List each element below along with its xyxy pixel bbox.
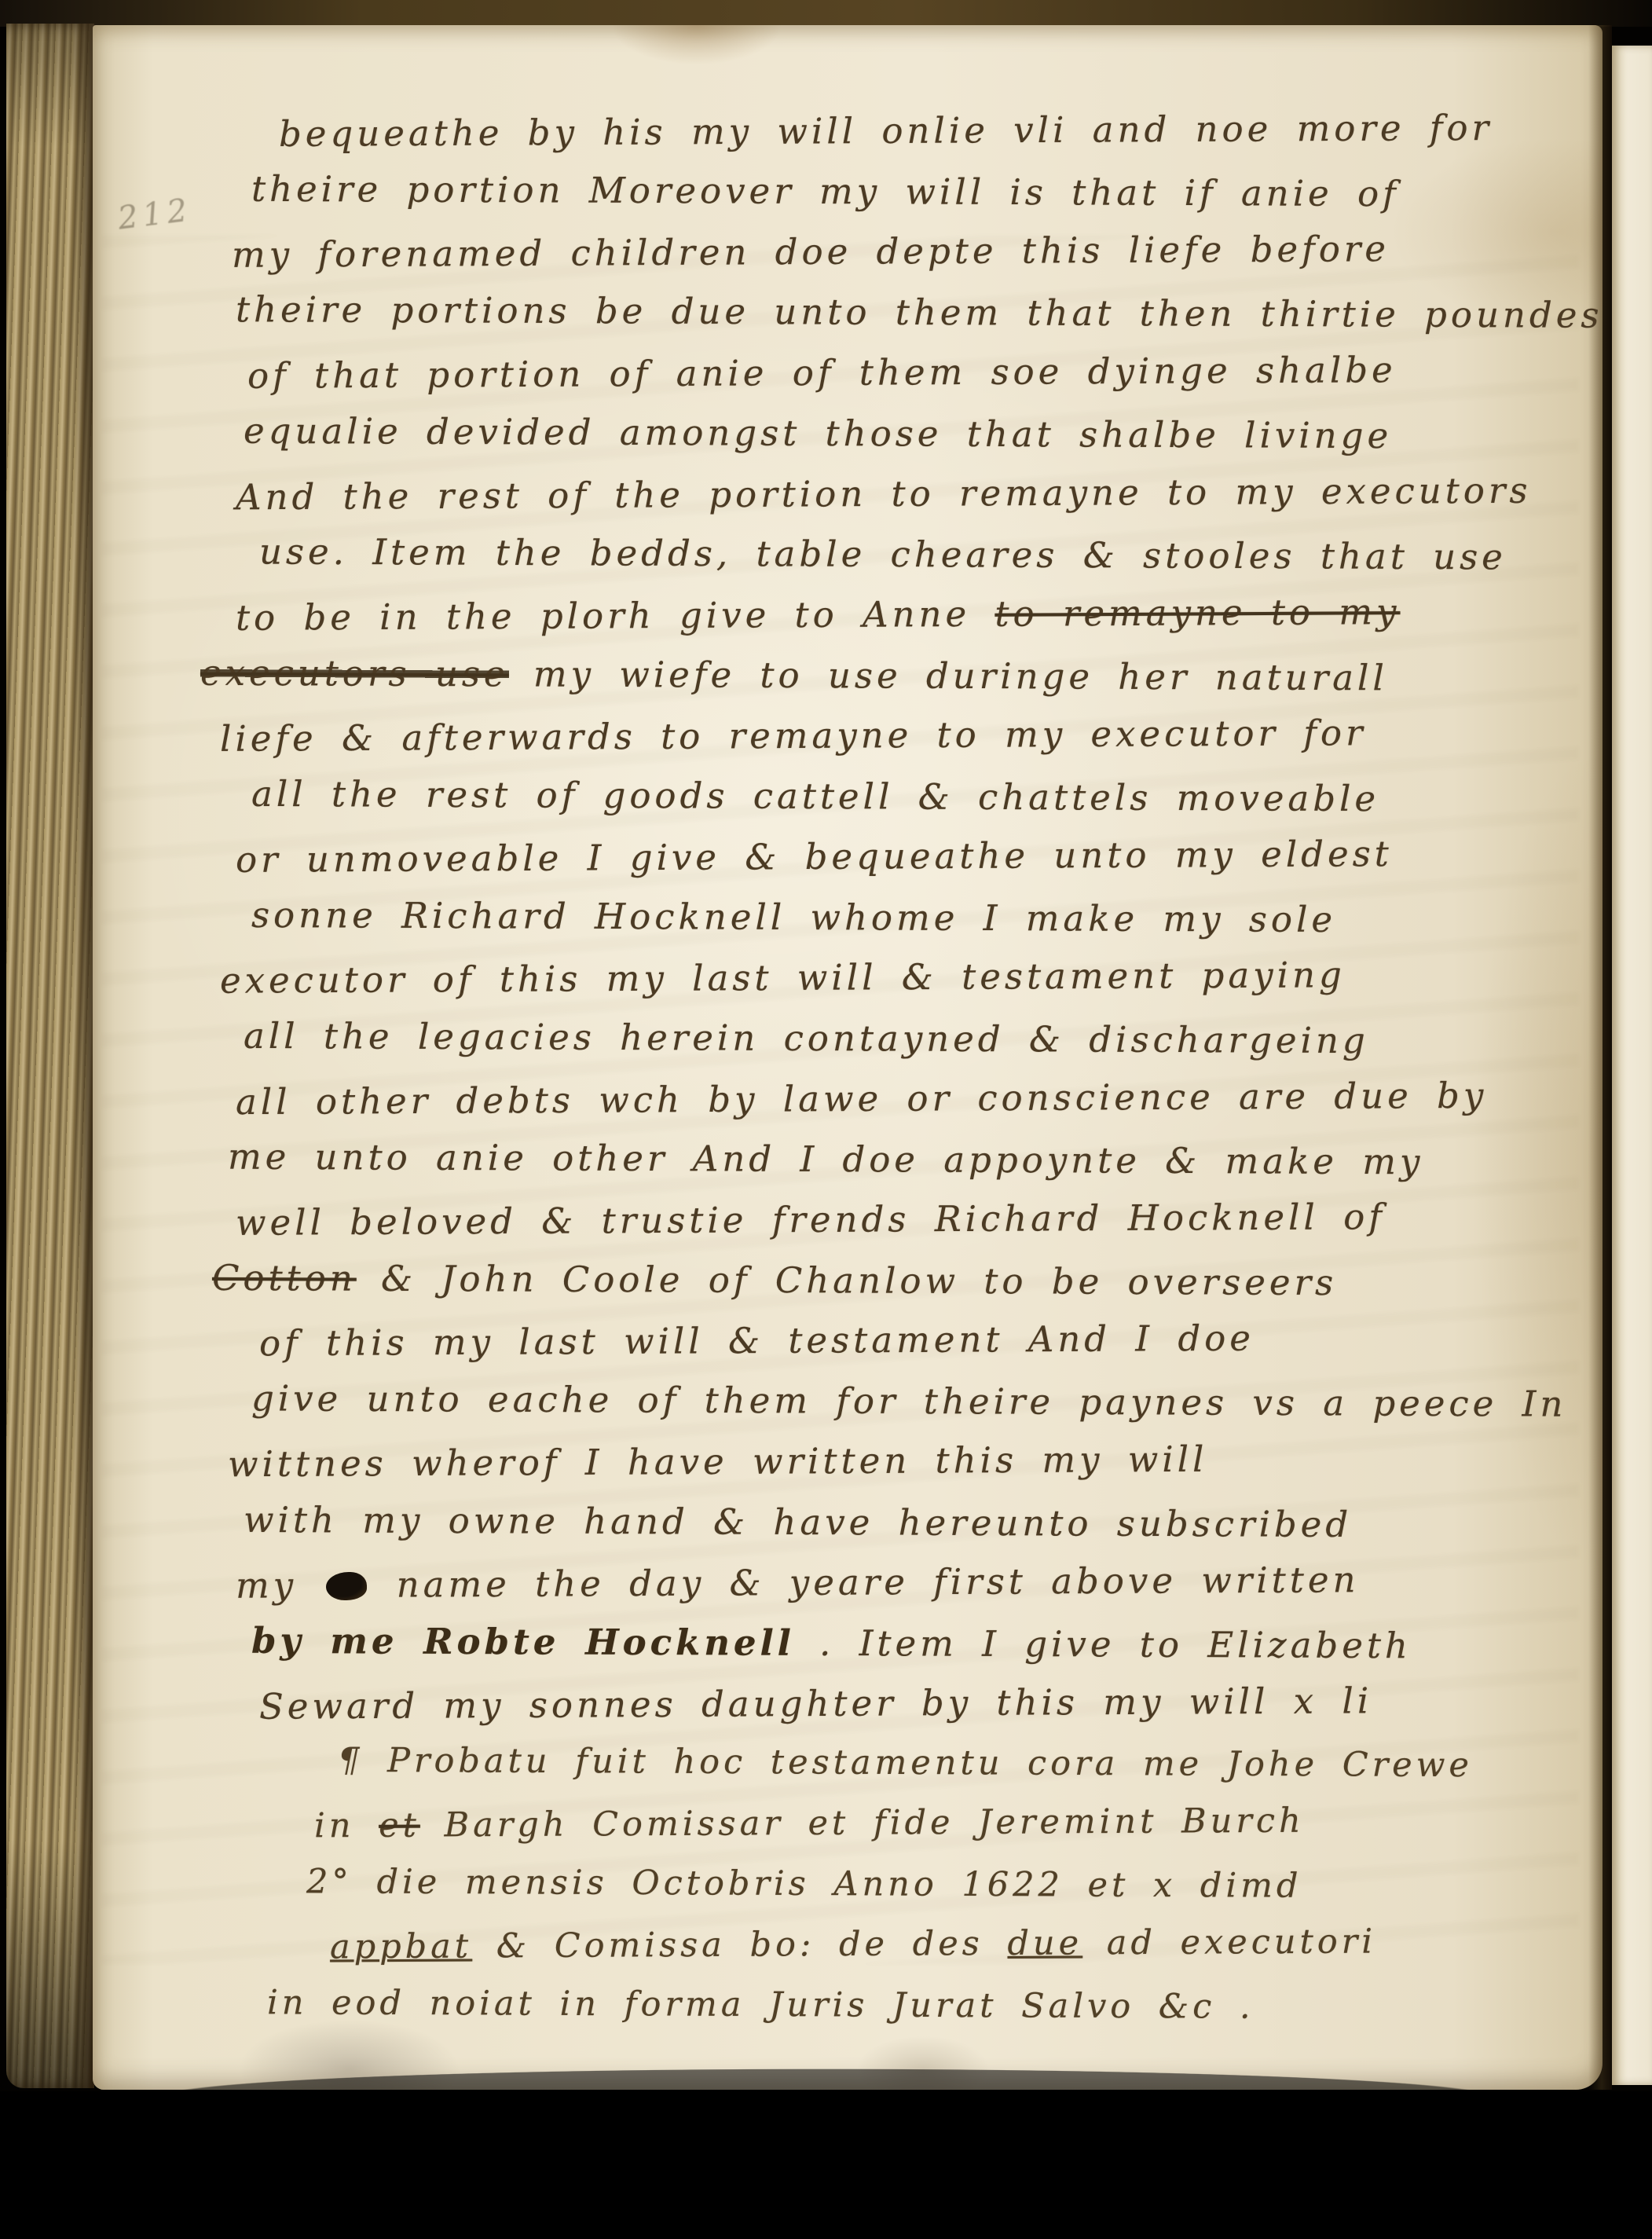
handwritten-text: by me Robte Hocknell (251, 1620, 795, 1664)
ink-blot-icon (326, 1572, 367, 1600)
manuscript-line: use. Item the bedds, table cheares & sto… (259, 531, 1507, 578)
handwritten-text: theire portions be due unto them that th… (236, 288, 1603, 336)
handwritten-text: in eod noiat in forma Juris Jurat Salvo … (267, 1983, 1255, 2026)
manuscript-line: to be in the plorh give to Anne to remay… (236, 591, 1401, 639)
handwritten-text: ad executori (1082, 1922, 1376, 1963)
manuscript-line: bequeathe by his my will onlie vli and n… (279, 107, 1493, 155)
manuscript-line: Seward my sonnes daughter by this my wil… (259, 1680, 1372, 1727)
manuscript-line: appbat & Comissa bo: de des due ad execu… (330, 1922, 1376, 1967)
handwritten-text: & John Coole of Chanlow to be overseers (357, 1258, 1338, 1303)
handwritten-text: with my owne hand & have hereunto subscr… (244, 1499, 1352, 1545)
photo-bottom-edge (0, 2091, 1652, 2239)
manuscript-line: well beloved & trustie frends Richard Ho… (236, 1196, 1386, 1244)
struck-text: et (379, 1806, 420, 1845)
manuscript-line: 2° die mensis Octobris Anno 1622 et x di… (306, 1862, 1302, 1906)
manuscript-line: ¶ Probatu fuit hoc testamentu cora me Jo… (338, 1741, 1473, 1785)
handwritten-text: me unto anie other And I doe appoynte & … (228, 1136, 1424, 1183)
manuscript-line: of this my last will & testament And I d… (259, 1317, 1255, 1365)
manuscript-line: give unto eache of them for theire payne… (251, 1377, 1567, 1424)
handwritten-text: due (1007, 1923, 1082, 1963)
handwritten-text: And the rest of the portion to remayne t… (236, 470, 1532, 519)
manuscript-line: theire portion Moreover my will is that … (251, 168, 1400, 214)
handwritten-text: name the day & yeare first above written (372, 1559, 1359, 1606)
handwritten-text: executor of this my last will & testamen… (220, 954, 1346, 1002)
handwritten-text: give unto eache of them for theire payne… (251, 1377, 1567, 1424)
handwritten-text: ¶ Probatu fuit hoc testamentu cora me Jo… (338, 1741, 1473, 1785)
manuscript-line: in et Bargh Comissar et fide Jeremint Bu… (314, 1801, 1305, 1846)
handwritten-text: or unmoveable I give & bequeathe unto my… (236, 833, 1393, 881)
manuscript-line: theire portions be due unto them that th… (236, 288, 1603, 336)
handwritten-text: all other debts wch by lawe or conscienc… (236, 1075, 1488, 1123)
handwritten-text: of that portion of anie of them soe dyin… (247, 349, 1397, 397)
manuscript-line: And the rest of the portion to remayne t… (236, 470, 1532, 519)
handwritten-text: my wiefe to use duringe her naturall (509, 653, 1388, 698)
handwritten-text: Seward my sonnes daughter by this my wil… (259, 1680, 1372, 1727)
manuscript-line: of that portion of anie of them soe dyin… (247, 349, 1397, 397)
handwritten-text: well beloved & trustie frends Richard Ho… (236, 1196, 1386, 1244)
manuscript-line: executor of this my last will & testamen… (220, 954, 1346, 1002)
handwritten-text: liefe & afterwards to remayne to my exec… (220, 712, 1367, 760)
handwritten-text: theire portion Moreover my will is that … (251, 168, 1400, 214)
manuscript-line: wittnes wherof I have written this my wi… (228, 1438, 1208, 1486)
manuscript-line: or unmoveable I give & bequeathe unto my… (236, 833, 1393, 881)
manuscript-line: all other debts wch by lawe or conscienc… (236, 1075, 1488, 1123)
handwritten-text: appbat (330, 1927, 472, 1967)
manuscript-photo: 212 bequeathe by his my will onlie vli a… (0, 0, 1652, 2239)
handwritten-text: 2° die mensis Octobris Anno 1622 et x di… (306, 1862, 1302, 1906)
handwritten-text: Bargh Comissar et fide Jeremint Burch (420, 1801, 1305, 1845)
struck-text: to remayne to my (994, 591, 1400, 635)
manuscript-line: equalie devided amongst those that shalb… (244, 410, 1392, 456)
manuscript-line: my name the day & yeare first above writ… (236, 1559, 1360, 1606)
manuscript-line: Cotton & John Coole of Chanlow to be ove… (212, 1257, 1337, 1303)
manuscript-line: executors use my wiefe to use duringe he… (200, 652, 1388, 699)
handwritten-text: all the rest of goods cattell & chattels… (251, 773, 1379, 819)
handwritten-text: sonne Richard Hocknell whome I make my s… (251, 894, 1336, 940)
handwritten-text: & Comissa bo: de des (472, 1924, 1008, 1966)
manuscript-line: me unto anie other And I doe appoynte & … (228, 1136, 1424, 1183)
manuscript-line: all the legacies herein contayned & disc… (244, 1015, 1369, 1061)
handwritten-text: use. Item the bedds, table cheares & sto… (259, 531, 1507, 578)
manuscript-line: by me Robte Hocknell . Item I give to El… (251, 1620, 1412, 1666)
manuscript-line: in eod noiat in forma Juris Jurat Salvo … (267, 1983, 1255, 2026)
handwritten-text: wittnes wherof I have written this my wi… (228, 1438, 1208, 1486)
handwritten-text: equalie devided amongst those that shalb… (244, 410, 1392, 456)
handwritten-text: of this my last will & testament And I d… (259, 1317, 1255, 1365)
manuscript-line: sonne Richard Hocknell whome I make my s… (251, 894, 1336, 940)
handwritten-text: . Item I give to Elizabeth (795, 1622, 1412, 1666)
handwritten-text: all the legacies herein contayned & disc… (244, 1015, 1369, 1061)
struck-text: Cotton (212, 1257, 357, 1299)
handwritten-text: bequeathe by his my will onlie vli and n… (279, 107, 1493, 155)
handwritten-text: my (236, 1564, 322, 1607)
handwritten-text: in (314, 1806, 379, 1845)
manuscript-line: liefe & afterwards to remayne to my exec… (220, 712, 1367, 760)
handwritten-text: to be in the plorh give to Anne (236, 593, 995, 639)
manuscript-line: my forenamed children doe depte this lie… (232, 228, 1390, 276)
manuscript-text: bequeathe by his my will onlie vli and n… (0, 0, 1652, 2239)
handwritten-text: my forenamed children doe depte this lie… (232, 228, 1390, 276)
struck-text: executors use (200, 652, 509, 695)
manuscript-line: with my owne hand & have hereunto subscr… (244, 1499, 1352, 1545)
manuscript-line: all the rest of goods cattell & chattels… (251, 773, 1379, 819)
